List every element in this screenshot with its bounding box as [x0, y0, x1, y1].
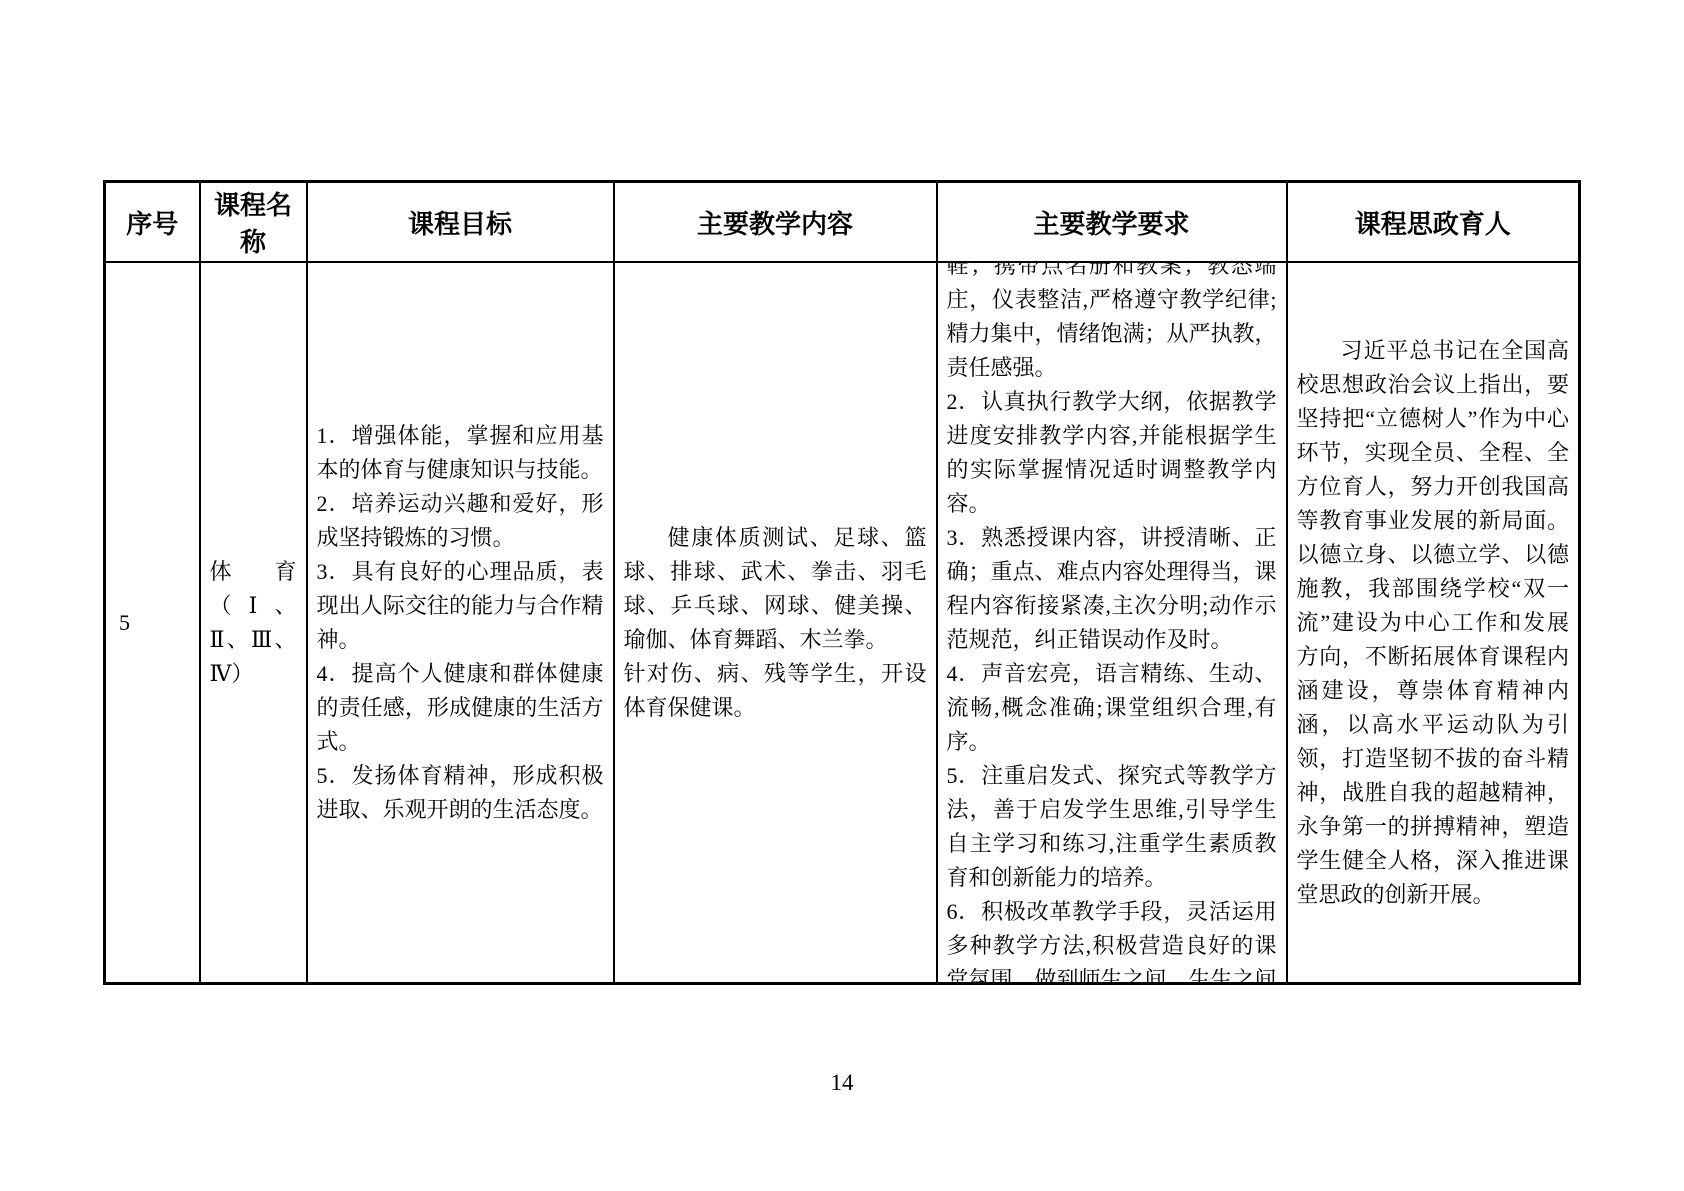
header-teaching-requirements: 主要教学要求 [937, 182, 1287, 263]
objective-item: 5．发扬体育精神，形成积极进取、乐观开朗的生活态度。 [317, 759, 604, 827]
teaching-requirement-item: 1．教师上课应穿运动服、运动鞋；携带点名册和教案；教态端庄，仪表整洁,严格遵守教… [947, 263, 1277, 385]
page-number: 14 [0, 1066, 1684, 1100]
teaching-requirement-item: 4．声音宏亮，语言精练、生动、流畅,概念准确;课堂组织合理,有序。 [947, 657, 1277, 759]
cell-objectives: 1．增强体能，掌握和应用基本的体育与健康知识与技能。 2．培养运动兴趣和爱好，形… [307, 262, 614, 984]
document-page: 序号 课程名称 课程目标 主要教学内容 主要教学要求 课程思政育人 5 体育（Ⅰ… [0, 0, 1684, 1191]
header-objectives: 课程目标 [307, 182, 614, 263]
teaching-content-paragraph: 健康体质测试、足球、篮球、排球、武术、拳击、羽毛球、乒乓球、网球、健美操、瑜伽、… [624, 521, 927, 657]
objective-item: 2．培养运动兴趣和爱好，形成坚持锻炼的习惯。 [317, 487, 604, 555]
teaching-requirement-item: 5．注重启发式、探究式等教学方法，善于启发学生思维,引导学生自主学习和练习,注重… [947, 759, 1277, 895]
courses-table: 序号 课程名称 课程目标 主要教学内容 主要教学要求 课程思政育人 5 体育（Ⅰ… [103, 180, 1581, 985]
header-course-name: 课程名称 [200, 182, 307, 263]
header-teaching-content: 主要教学内容 [614, 182, 937, 263]
objective-item: 3．具有良好的心理品质，表现出人际交往的能力与合作精神。 [317, 555, 604, 657]
cell-ideology: 习近平总书记在全国高校思想政治会议上指出，要坚持把“立德树人”作为中心环节，实现… [1287, 262, 1580, 984]
teaching-requirement-item: 2．认真执行教学大纲，依据教学进度安排教学内容,并能根据学生的实际掌握情况适时调… [947, 385, 1277, 521]
table-row: 5 体育（Ⅰ、Ⅱ、Ⅲ、Ⅳ） 1．增强体能，掌握和应用基本的体育与健康知识与技能。… [105, 262, 1580, 984]
cell-teaching-content: 健康体质测试、足球、篮球、排球、武术、拳击、羽毛球、乒乓球、网球、健美操、瑜伽、… [614, 262, 937, 984]
teaching-requirement-item: 3．熟悉授课内容，讲授清晰、正确；重点、难点内容处理得当，课程内容衔接紧凑,主次… [947, 521, 1277, 657]
cell-seq: 5 [105, 262, 200, 984]
cell-teaching-requirements: 1．教师上课应穿运动服、运动鞋；携带点名册和教案；教态端庄，仪表整洁,严格遵守教… [937, 262, 1287, 984]
teaching-requirement-item: 6．积极改革教学手段，灵活运用多种教学方法,积极营造良好的课堂氛围，做到师生之间… [947, 895, 1277, 983]
course-name: 体育（Ⅰ、Ⅱ、Ⅲ、Ⅳ） [210, 555, 297, 691]
objective-item: 4．提高个人健康和群体健康的责任感，形成健康的生活方式。 [317, 657, 604, 759]
ideology-paragraph: 习近平总书记在全国高校思想政治会议上指出，要坚持把“立德树人”作为中心环节，实现… [1297, 334, 1570, 912]
seq-value: 5 [119, 606, 190, 640]
header-seq: 序号 [105, 182, 200, 263]
table-header-row: 序号 课程名称 课程目标 主要教学内容 主要教学要求 课程思政育人 [105, 182, 1580, 263]
header-ideology: 课程思政育人 [1287, 182, 1580, 263]
cell-course-name: 体育（Ⅰ、Ⅱ、Ⅲ、Ⅳ） [200, 262, 307, 984]
teaching-content-paragraph: 针对伤、病、残等学生，开设体育保健课。 [624, 657, 927, 725]
objective-item: 1．增强体能，掌握和应用基本的体育与健康知识与技能。 [317, 419, 604, 487]
